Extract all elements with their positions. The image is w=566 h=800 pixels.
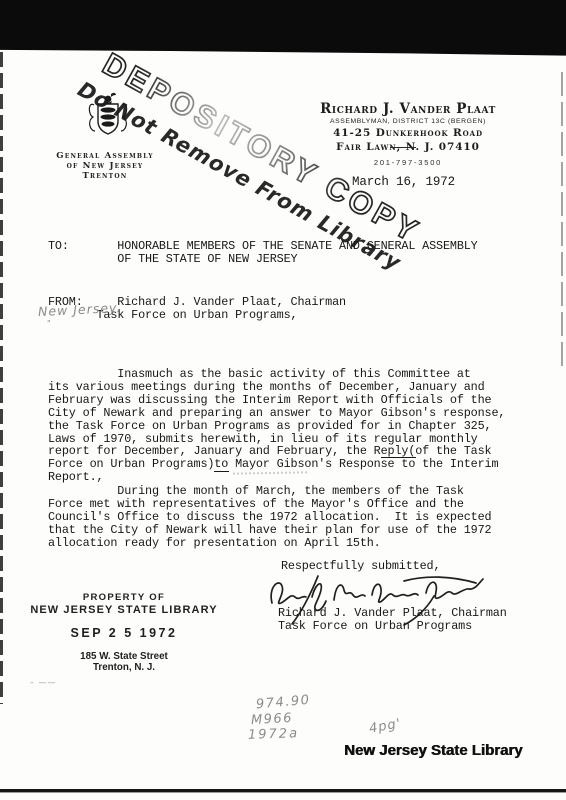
- underline-reply: [381, 457, 416, 458]
- pencil-pages-note: 4pg': [368, 716, 402, 736]
- org-line-2: of New Jersey: [52, 161, 158, 171]
- nj-general-assembly-seal-icon: [84, 91, 132, 153]
- underline-to: [214, 471, 229, 472]
- pencil-call-number-3: 1972a: [248, 726, 300, 743]
- handwritten-signature: [266, 574, 486, 628]
- scan-bottom-edge-line: [0, 789, 566, 792]
- pencil-call-number-1: 974.90: [255, 693, 311, 713]
- pencil-ditto-mark: ": [47, 319, 51, 328]
- letterhead-right: Richard J. Vander Plaat ASSEMBLYMAN, DIS…: [318, 101, 498, 167]
- sender-name: Richard J. Vander Plaat: [318, 101, 498, 117]
- letterhead-left-org: General Assembly of New Jersey Trenton: [52, 151, 158, 181]
- property-stamp-line2: NEW JERSEY STATE LIBRARY: [28, 604, 220, 616]
- sender-street: 41-25 Dunkerhook Road: [318, 127, 498, 139]
- letter-date: March 16, 1972: [352, 176, 455, 189]
- scan-right-edge-line: [561, 72, 563, 372]
- library-street: 185 W. State Street: [28, 651, 220, 662]
- sender-title: ASSEMBLYMAN, DISTRICT 13C (BERGEN): [318, 118, 498, 125]
- scan-top-black-bar: [0, 0, 566, 58]
- property-stamp-line1: PROPERTY OF: [28, 592, 220, 603]
- library-city: Trenton, N. J.: [28, 662, 220, 673]
- org-line-1: General Assembly: [52, 151, 158, 161]
- library-footer-imprint: New Jersey State Library: [344, 742, 522, 759]
- org-line-3: Trenton: [52, 171, 158, 181]
- scanned-letter-page: DEPOSITORY COPY Do Not Remove From Libra…: [0, 0, 566, 800]
- letterhead-underline-mark: [390, 147, 416, 148]
- body-paragraph-2: During the month of March, the members o…: [48, 485, 491, 550]
- pencil-smudge-mark: – ——: [30, 678, 57, 687]
- closing-line: Respectfully submitted,: [281, 560, 440, 573]
- to-block: TO: HONORABLE MEMBERS OF THE SENATE AND …: [48, 240, 478, 266]
- scan-left-edge-line: [0, 52, 3, 704]
- received-date-stamp: SEP 2 5 1972: [28, 626, 220, 640]
- sender-phone: 201-797-3500: [318, 158, 498, 167]
- property-stamp: PROPERTY OF NEW JERSEY STATE LIBRARY SEP…: [28, 592, 220, 673]
- body-paragraph-1: Inasmuch as the basic activity of this C…: [48, 368, 505, 484]
